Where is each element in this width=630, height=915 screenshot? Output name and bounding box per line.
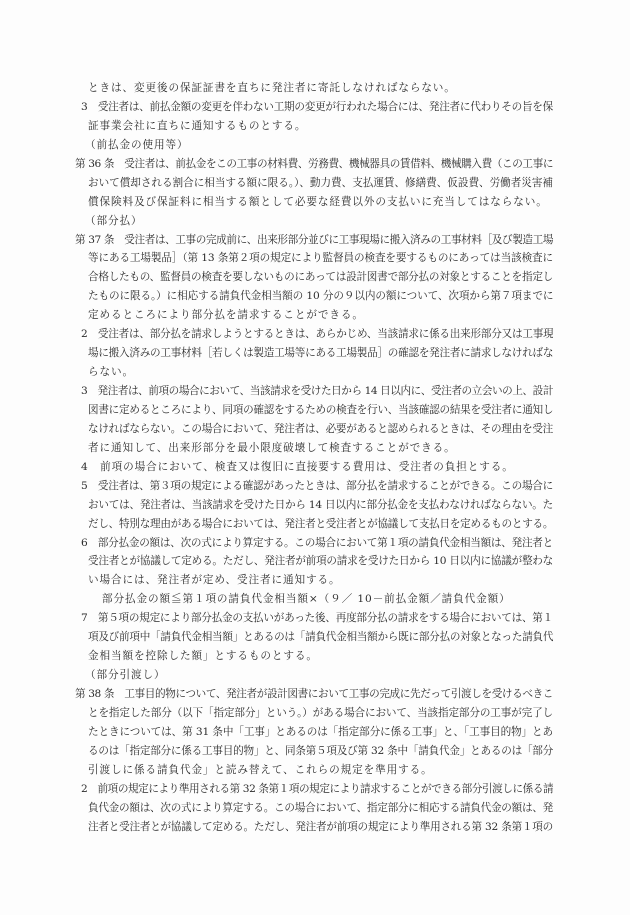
paragraph-continuation-line: おいて償却される割合に相当する額に限る。）、動力費、支払運賃、修繕費、仮設費、労…	[75, 174, 553, 193]
paragraph-continuation-line: 引渡しに係る請負代金」と読み替えて、これらの規定を準用する。	[75, 761, 553, 780]
paragraph-item-line: 7 第５項の規定により部分払金の支払いがあった後、再度部分払の請求をする場合にお…	[75, 609, 553, 628]
paragraph-continuation-line: 合格したもの、監督員の検査を要しないものにあっては設計図書で部分払の対象とするこ…	[75, 268, 553, 287]
paragraph-item-line: 5 受注者は、第３項の規定による確認があったときは、部分払を請求することができる…	[75, 477, 553, 496]
paragraph-continuation-line: 項及び前項中「請負代金相当額」とあるのは「請負代金相当額から既に部分払の対象とな…	[75, 628, 553, 647]
paragraph-continuation-line: ときは、変更後の保証証書を直ちに発注者に寄託しなければならない。	[75, 79, 553, 98]
paragraph-item-line: 3 発注者は、前項の場合において、当該請求を受けた日から 14 日以内に、受注者…	[75, 382, 553, 401]
article-caption: （部分払）	[75, 212, 553, 231]
paragraph-continuation-line: 注者と受注者とが協議して定める。ただし、発注者が前項の規定により準用される第 3…	[75, 818, 553, 837]
article-heading-line: 第 36 条 受注者は、前払金をこの工事の材料費、労務費、機械器具の賃借料、機械…	[75, 155, 553, 174]
paragraph-item-line: 2 受注者は、部分払を請求しようとするときは、あらかじめ、当該請求に係る出来形部…	[75, 325, 553, 344]
paragraph-item-line: 2 前項の規定により準用される第 32 条第１項の規定により請求することができる…	[75, 780, 553, 799]
article-caption: （前払金の使用等）	[75, 136, 553, 155]
paragraph-continuation-line: だし、特別な理由がある場合においては、発注者と受注者とが協議して支払日を定めるも…	[75, 515, 553, 534]
paragraph-continuation-line: たときについては、第 31 条中「工事」とあるのは「指定部分に係る工事」と、「工…	[75, 723, 553, 742]
paragraph-continuation-line: るのは「指定部分に係る工事目的物」と、同条第５項及び第 32 条中「請負代金」と…	[75, 742, 553, 761]
paragraph-continuation-line: 金相当額を控除した額」とするものとする。	[75, 647, 553, 666]
paragraph-continuation-line: 償保険料及び保証料に相当する額として必要な経費以外の支払いに充当してはならない。	[75, 193, 553, 212]
article-heading-line: 第 38 条 工事目的物について、発注者が設計図書において工事の完成に先だって引…	[75, 685, 553, 704]
document-body: ときは、変更後の保証証書を直ちに発注者に寄託しなければならない。3 受注者は、前…	[75, 79, 553, 837]
formula-line: 部分払金の額≦第１項の請負代金相当額×（９／ 10－前払金額／請負代金額）	[75, 590, 553, 609]
paragraph-continuation-line: なければならない。この場合において、発注者は、必要があると認められるときは、その…	[75, 420, 553, 439]
paragraph-continuation-line: 定めるところにより部分払を請求することができる。	[75, 306, 553, 325]
paragraph-item-line: 4 前項の場合において、検査又は復旧に直接要する費用は、受注者の負担とする。	[75, 458, 553, 477]
paragraph-continuation-line: 負代金の額は、次の式により算定する。この場合において、指定部分に相応する請負代金…	[75, 799, 553, 818]
paragraph-item-line: 6 部分払金の額は、次の式により算定する。この場合において第１項の請負代金相当額…	[75, 534, 553, 553]
paragraph-item-line: 3 受注者は、前払金額の変更を伴わない工期の変更が行われた場合には、発注者に代わ…	[75, 98, 553, 117]
article-caption: （部分引渡し）	[75, 666, 553, 685]
paragraph-continuation-line: たものに限る。）に相応する請負代金相当額の 10 分の９以内の額について、次項か…	[75, 287, 553, 306]
paragraph-continuation-line: 者に通知して、出来形部分を最小限度破壊して検査することができる。	[75, 439, 553, 458]
paragraph-continuation-line: おいては、発注者は、当該請求を受けた日から 14 日以内に部分払金を支払わなけれ…	[75, 496, 553, 515]
paragraph-continuation-line: とを指定した部分（以下「指定部分」という。）がある場合において、当該指定部分の工…	[75, 704, 553, 723]
article-heading-line: 第 37 条 受注者は、工事の完成前に、出来形部分並びに工事現場に搬入済みの工事…	[75, 231, 553, 250]
paragraph-continuation-line: らない。	[75, 363, 553, 382]
paragraph-continuation-line: い場合には、発注者が定め、受注者に通知する。	[75, 571, 553, 590]
paragraph-continuation-line: 証事業会社に直ちに通知するものとする。	[75, 117, 553, 136]
document-page: ときは、変更後の保証証書を直ちに発注者に寄託しなければならない。3 受注者は、前…	[0, 0, 630, 915]
paragraph-continuation-line: 図書に定めるところにより、同項の確認をするための検査を行い、当該確認の結果を受注…	[75, 401, 553, 420]
paragraph-continuation-line: 受注者とが協議して定める。ただし、発注者が前項の請求を受けた日から 10 日以内…	[75, 552, 553, 571]
paragraph-continuation-line: 場に搬入済みの工事材料［若しくは製造工場等にある工場製品］の確認を発注者に請求し…	[75, 344, 553, 363]
paragraph-continuation-line: 等にある工場製品］（第 13 条第２項の規定により監督員の検査を要するものにあっ…	[75, 249, 553, 268]
